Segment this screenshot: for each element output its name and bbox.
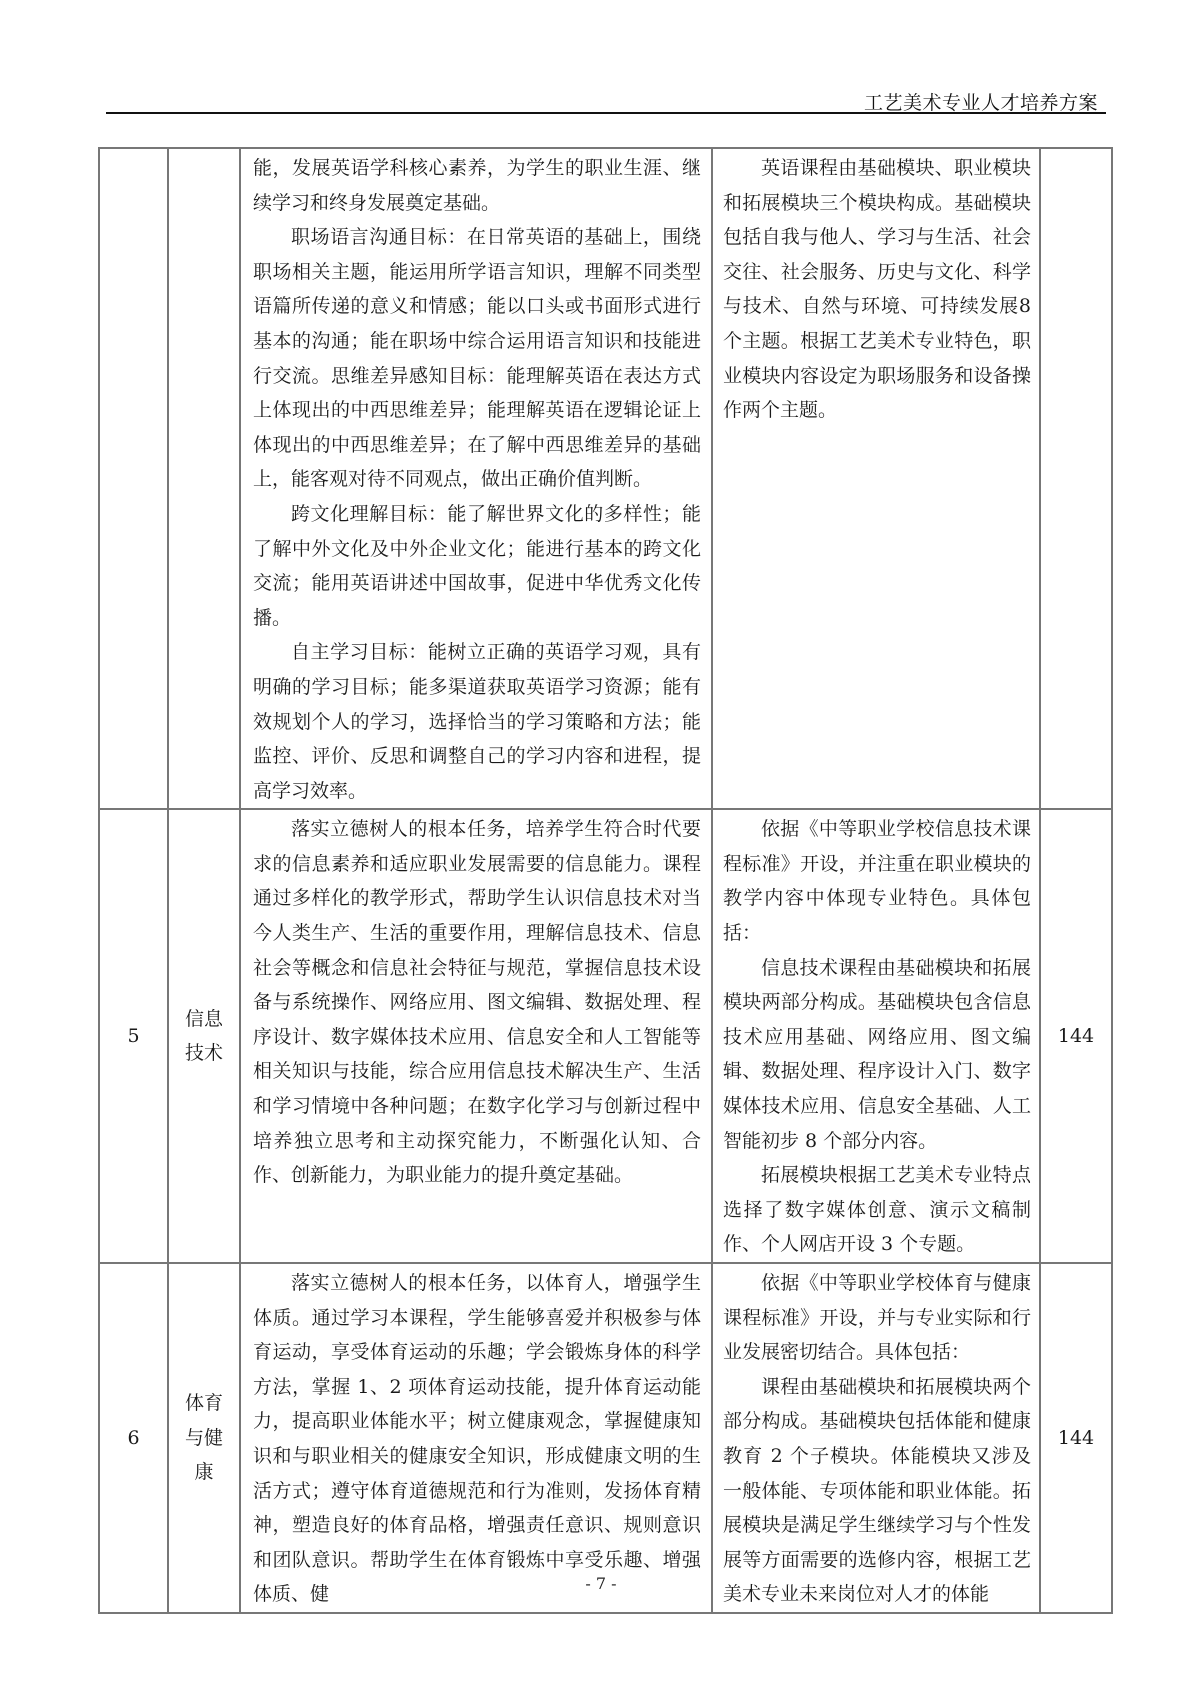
course-name-cell: 信息 技术	[168, 809, 240, 1263]
course-hours-cell: 144	[1040, 1263, 1112, 1613]
course-name-line: 康	[169, 1455, 239, 1490]
goal-paragraph: 落实立德树人的根本任务，培养学生符合时代要求的信息素养和适应职业发展需要的信息能…	[253, 812, 701, 1193]
course-goal-cell: 能，发展英语学科核心素养，为学生的职业生涯、继续学习和终身发展奠定基础。 职场语…	[240, 148, 712, 809]
header-divider	[106, 112, 1106, 114]
course-name-line: 信息	[169, 1002, 239, 1037]
course-content-cell: 依据《中等职业学校信息技术课程标准》开设，并注重在职业模块的教学内容中体现专业特…	[712, 809, 1040, 1263]
course-name-line: 与健	[169, 1421, 239, 1456]
course-name-line: 技术	[169, 1036, 239, 1071]
course-hours-cell	[1040, 148, 1112, 809]
table-row: 能，发展英语学科核心素养，为学生的职业生涯、继续学习和终身发展奠定基础。 职场语…	[99, 148, 1112, 809]
content-paragraph: 拓展模块根据工艺美术专业特点选择了数字媒体创意、演示文稿制作、个人网店开设 3 …	[723, 1158, 1031, 1262]
course-name-cell: 体育 与健 康	[168, 1263, 240, 1613]
course-content-cell: 依据《中等职业学校体育与健康课程标准》开设，并与专业实际和行业发展密切结合。具体…	[712, 1263, 1040, 1613]
table-row: 5 信息 技术 落实立德树人的根本任务，培养学生符合时代要求的信息素养和适应职业…	[99, 809, 1112, 1263]
course-goal-cell: 落实立德树人的根本任务，以体育人，增强学生体质。通过学习本课程，学生能够喜爱并积…	[240, 1263, 712, 1613]
course-hours-cell: 144	[1040, 809, 1112, 1263]
course-table: 能，发展英语学科核心素养，为学生的职业生涯、继续学习和终身发展奠定基础。 职场语…	[98, 147, 1113, 1614]
page-number: - 7 -	[0, 1574, 1202, 1593]
goal-paragraph: 能，发展英语学科核心素养，为学生的职业生涯、继续学习和终身发展奠定基础。	[253, 151, 701, 220]
content-paragraph: 依据《中等职业学校信息技术课程标准》开设，并注重在职业模块的教学内容中体现专业特…	[723, 812, 1031, 950]
content-paragraph: 依据《中等职业学校体育与健康课程标准》开设，并与专业实际和行业发展密切结合。具体…	[723, 1266, 1031, 1370]
table-row: 6 体育 与健 康 落实立德树人的根本任务，以体育人，增强学生体质。通过学习本课…	[99, 1263, 1112, 1613]
course-name-line: 体育	[169, 1386, 239, 1421]
document-header-title: 工艺美术专业人才培养方案	[864, 88, 1098, 115]
goal-paragraph: 跨文化理解目标：能了解世界文化的多样性；能了解中外文化及中外企业文化；能进行基本…	[253, 497, 701, 635]
course-number-cell: 5	[99, 809, 168, 1263]
course-number-cell	[99, 148, 168, 809]
content-paragraph: 信息技术课程由基础模块和拓展模块两部分构成。基础模块包含信息技术应用基础、网络应…	[723, 951, 1031, 1159]
goal-paragraph: 职场语言沟通目标：在日常英语的基础上，围绕职场相关主题，能运用所学语言知识，理解…	[253, 220, 701, 497]
content-paragraph: 英语课程由基础模块、职业模块和拓展模块三个模块构成。基础模块包括自我与他人、学习…	[723, 151, 1031, 428]
goal-paragraph: 自主学习目标：能树立正确的英语学习观，具有明确的学习目标；能多渠道获取英语学习资…	[253, 635, 701, 808]
course-name-cell	[168, 148, 240, 809]
course-number-cell: 6	[99, 1263, 168, 1613]
goal-paragraph: 落实立德树人的根本任务，以体育人，增强学生体质。通过学习本课程，学生能够喜爱并积…	[253, 1266, 701, 1612]
course-content-cell: 英语课程由基础模块、职业模块和拓展模块三个模块构成。基础模块包括自我与他人、学习…	[712, 148, 1040, 809]
course-goal-cell: 落实立德树人的根本任务，培养学生符合时代要求的信息素养和适应职业发展需要的信息能…	[240, 809, 712, 1263]
